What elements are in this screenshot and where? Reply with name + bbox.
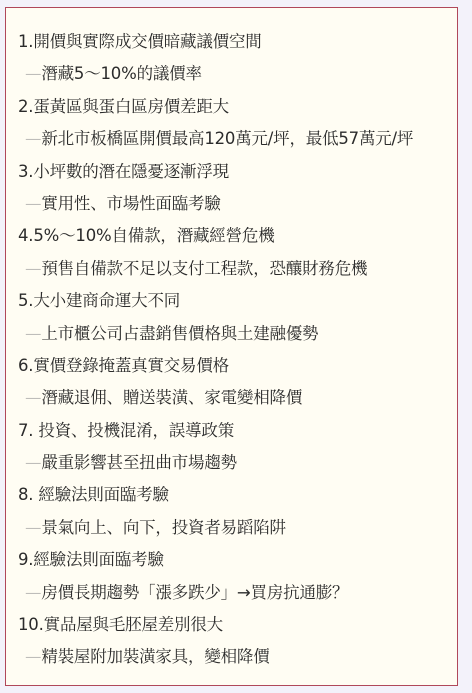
item-10-heading: 10.實品屋與毛胚屋差別很大 (18, 609, 413, 641)
em-dash-icon: — (25, 518, 41, 537)
em-dash-icon: — (25, 259, 41, 278)
item-9-detail: —房價長期趨勢「漲多跌少」→買房抗通膨？ (18, 577, 413, 609)
em-dash-icon: — (25, 64, 41, 83)
em-dash-icon: — (25, 194, 41, 213)
item-4-detail-text: 預售自備款不足以支付工程款，恐釀財務危機 (41, 259, 367, 278)
item-7-detail-text: 嚴重影響甚至扭曲市場趨勢 (41, 453, 237, 472)
item-1-detail-text: 潛藏5～10%的議價率 (41, 64, 201, 83)
item-5-detail-text: 上市櫃公司占盡銷售價格與土建融優勢 (41, 324, 318, 343)
em-dash-icon: — (25, 583, 41, 602)
item-10-detail-text: 精裝屋附加裝潢家具，變相降價 (41, 647, 269, 666)
item-9-heading: 9.經驗法則面臨考驗 (18, 544, 413, 576)
item-8-heading: 8. 經驗法則面臨考驗 (18, 479, 413, 511)
item-5-detail: —上市櫃公司占盡銷售價格與土建融優勢 (18, 318, 413, 350)
item-9-detail-text: 房價長期趨勢「漲多跌少」→買房抗通膨？ (41, 583, 348, 602)
em-dash-icon: — (25, 647, 41, 666)
item-8-detail-text: 景氣向上、向下，投資者易蹈陷阱 (41, 518, 286, 537)
em-dash-icon: — (25, 129, 41, 148)
item-2-detail: —新北市板橋區開價最高120萬元/坪，最低57萬元/坪 (18, 123, 413, 155)
item-6-heading: 6.實價登錄掩蓋真實交易價格 (18, 350, 413, 382)
item-4-heading: 4.5%～10%自備款，潛藏經營危機 (18, 220, 413, 252)
em-dash-icon: — (25, 324, 41, 343)
item-3-heading: 3.小坪數的潛在隱憂逐漸浮現 (18, 156, 413, 188)
item-2-heading: 2.蛋黃區與蛋白區房價差距大 (18, 91, 413, 123)
item-10-detail: —精裝屋附加裝潢家具，變相降價 (18, 641, 413, 673)
item-3-detail: —實用性、市場性面臨考驗 (18, 188, 413, 220)
issue-list: 1.開價與實際成交價暗藏議價空間 —潛藏5～10%的議價率 2.蛋黃區與蛋白區房… (18, 26, 413, 674)
item-6-detail-text: 潛藏退佣、贈送裝潢、家電變相降價 (41, 388, 302, 407)
item-1-detail: —潛藏5～10%的議價率 (18, 58, 413, 90)
item-4-detail: —預售自備款不足以支付工程款，恐釀財務危機 (18, 253, 413, 285)
item-3-detail-text: 實用性、市場性面臨考驗 (41, 194, 220, 213)
em-dash-icon: — (25, 453, 41, 472)
item-7-heading: 7. 投資、投機混淆，誤導政策 (18, 415, 413, 447)
item-1-heading: 1.開價與實際成交價暗藏議價空間 (18, 26, 413, 58)
article-box: 1.開價與實際成交價暗藏議價空間 —潛藏5～10%的議價率 2.蛋黃區與蛋白區房… (5, 7, 458, 686)
item-6-detail: —潛藏退佣、贈送裝潢、家電變相降價 (18, 382, 413, 414)
item-5-heading: 5.大小建商命運大不同 (18, 285, 413, 317)
item-2-detail-text: 新北市板橋區開價最高120萬元/坪，最低57萬元/坪 (41, 129, 413, 148)
item-8-detail: —景氣向上、向下，投資者易蹈陷阱 (18, 512, 413, 544)
item-7-detail: —嚴重影響甚至扭曲市場趨勢 (18, 447, 413, 479)
em-dash-icon: — (25, 388, 41, 407)
